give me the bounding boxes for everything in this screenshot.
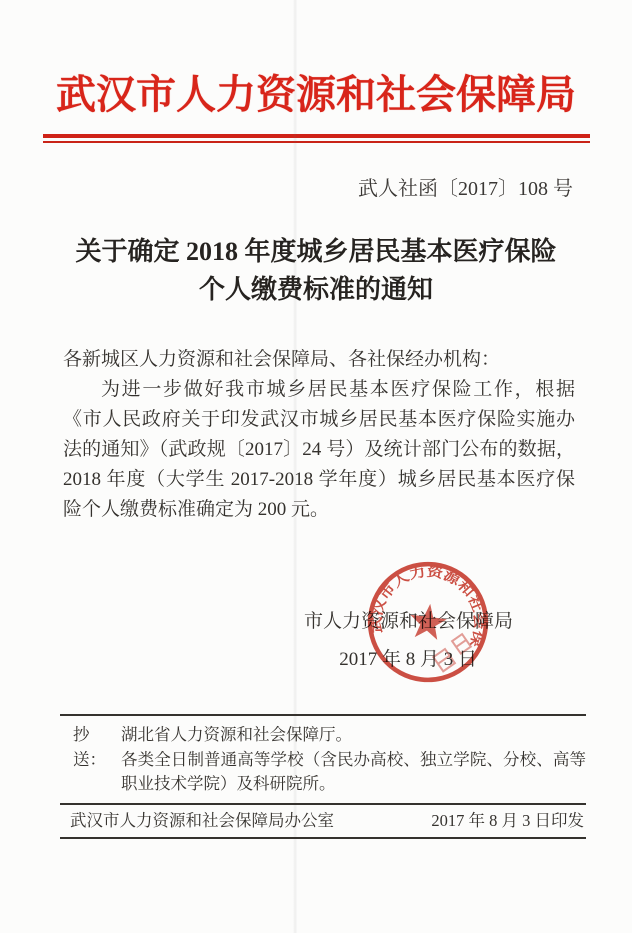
document-title: 关于确定 2018 年度城乡居民基本医疗保险 个人缴费标准的通知 bbox=[0, 233, 632, 309]
signature-block: 市人力资源和社会保障局 2017 年 8 月 3 日 bbox=[0, 609, 632, 673]
document-footer: 抄送： 湖北省人力资源和社会保障厅。 各类全日制普通高等学校（含民办高校、独立学… bbox=[60, 714, 586, 839]
issuing-office: 武汉市人力资源和社会保障局办公室 bbox=[70, 810, 334, 832]
separator-thin-line bbox=[43, 141, 590, 143]
footer-imprint-row: 武汉市人力资源和社会保障局办公室 2017 年 8 月 3 日印发 bbox=[60, 803, 586, 839]
document-reference-number: 武人社函〔2017〕108 号 bbox=[0, 177, 632, 201]
signature-organization: 市人力资源和社会保障局 bbox=[0, 609, 632, 635]
cc-recipient-list: 湖北省人力资源和社会保障厅。 各类全日制普通高等学校（含民办高校、独立学院、分校… bbox=[121, 723, 586, 797]
body-paragraph: 为进一步做好我市城乡居民基本医疗保险工作，根据《市人民政府关于印发武汉市城乡居民… bbox=[63, 375, 575, 525]
recipient-line: 各新城区人力资源和社会保障局、各社保经办机构： bbox=[63, 345, 575, 375]
document-body: 各新城区人力资源和社会保障局、各社保经办机构： 为进一步做好我市城乡居民基本医疗… bbox=[63, 345, 575, 525]
document-title-line-1: 关于确定 2018 年度城乡居民基本医疗保险 bbox=[0, 233, 632, 271]
separator-thick-line bbox=[43, 134, 590, 138]
letterhead-separator bbox=[43, 134, 590, 143]
cc-recipient-line-1: 湖北省人力资源和社会保障厅。 bbox=[121, 723, 586, 748]
cc-label: 抄送： bbox=[73, 723, 121, 797]
signature-date: 2017 年 8 月 3 日 bbox=[0, 647, 632, 673]
print-date: 2017 年 8 月 3 日印发 bbox=[431, 810, 584, 832]
cc-section: 抄送： 湖北省人力资源和社会保障厅。 各类全日制普通高等学校（含民办高校、独立学… bbox=[60, 714, 586, 803]
cc-recipient-line-2: 各类全日制普通高等学校（含民办高校、独立学院、分校、高等职业技术学院）及科研院所… bbox=[121, 748, 586, 797]
agency-letterhead-title: 武汉市人力资源和社会保障局 bbox=[0, 70, 632, 120]
document-title-line-2: 个人缴费标准的通知 bbox=[0, 271, 632, 309]
scanned-official-document: 武汉市人力资源和社会保障局 武人社函〔2017〕108 号 关于确定 2018 … bbox=[0, 0, 632, 933]
